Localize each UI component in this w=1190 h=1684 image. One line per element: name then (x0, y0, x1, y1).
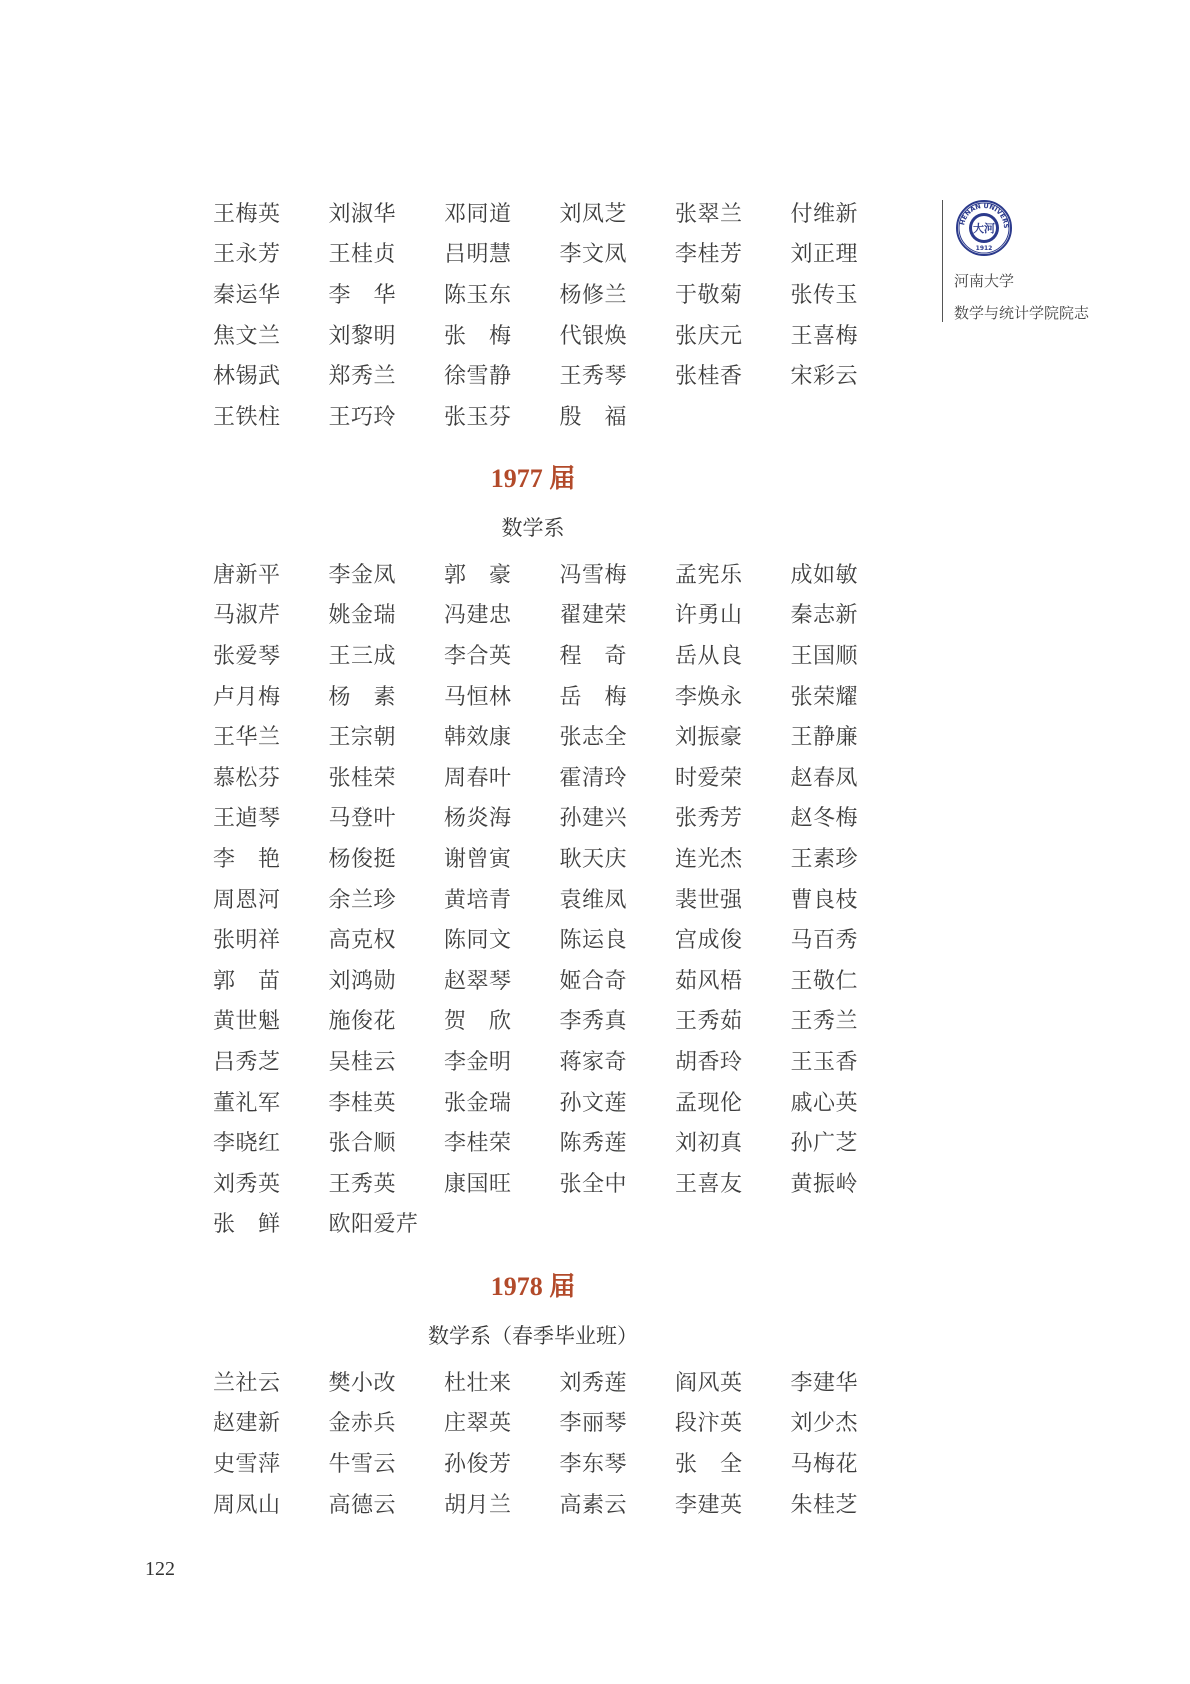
person-name: 岳从良 (675, 639, 791, 670)
person-name: 刘鸿勋 (329, 964, 445, 995)
person-name: 朱桂芝 (791, 1488, 907, 1519)
person-name: 牛雪云 (329, 1447, 445, 1478)
person-name: 张荣耀 (791, 680, 907, 711)
person-name: 张秀芳 (675, 801, 791, 832)
person-name: 孙俊芳 (444, 1447, 560, 1478)
page-number: 122 (145, 1558, 175, 1581)
name-row: 兰社云樊小改杜壮来刘秀莲阎风英李建华 (213, 1361, 913, 1402)
person-name: 李文凤 (560, 237, 676, 268)
person-name: 郭 豪 (444, 558, 560, 589)
class-1977-department: 数学系 (0, 512, 1066, 542)
person-name: 慕松芬 (213, 761, 329, 792)
person-name: 李合英 (444, 639, 560, 670)
person-name: 董礼军 (213, 1086, 329, 1117)
person-name: 茹风梧 (675, 964, 791, 995)
person-name: 代银焕 (560, 319, 676, 350)
henan-university-seal-icon: 大河 HENAN UNIVERSITY 1912 (956, 200, 1012, 256)
name-row: 刘秀英王秀英康国旺张全中王喜友黄振岭 (213, 1162, 913, 1203)
person-name: 殷 福 (560, 400, 676, 431)
person-name: 张玉芬 (444, 400, 560, 431)
person-name: 刘秀英 (213, 1167, 329, 1198)
person-name: 郭 苗 (213, 964, 329, 995)
name-row: 张爱琴王三成李合英程 奇岳从良王国顺 (213, 634, 913, 675)
person-name: 李金明 (444, 1045, 560, 1076)
person-name: 付维新 (791, 197, 907, 228)
person-name: 王三成 (329, 639, 445, 670)
person-name: 刘凤芝 (560, 197, 676, 228)
person-name: 周凤山 (213, 1488, 329, 1519)
person-name: 程 奇 (560, 639, 676, 670)
name-row: 慕松芬张桂荣周春叶霍清玲时爱荣赵春凤 (213, 756, 913, 797)
name-row: 王永芳王桂贞吕明慧李文凤李桂芳刘正理 (213, 233, 913, 274)
person-name: 张 梅 (444, 319, 560, 350)
person-name: 许勇山 (675, 598, 791, 629)
person-name: 王秀兰 (791, 1004, 907, 1035)
person-name: 黄世魁 (213, 1004, 329, 1035)
person-name: 王秀英 (329, 1167, 445, 1198)
name-row: 唐新平李金凤郭 豪冯雪梅孟宪乐成如敏 (213, 553, 913, 594)
person-name: 杜壮来 (444, 1366, 560, 1397)
person-name: 林锡武 (213, 359, 329, 390)
name-row: 周恩河余兰珍黄培青袁维凤裴世强曹良枝 (213, 878, 913, 919)
person-name: 秦运华 (213, 278, 329, 309)
name-row: 林锡武郑秀兰徐雪静王秀琴张桂香宋彩云 (213, 354, 913, 395)
person-name: 王宗朝 (329, 720, 445, 751)
person-name: 刘初真 (675, 1126, 791, 1157)
person-name: 戚心英 (791, 1086, 907, 1117)
name-row: 郭 苗刘鸿勋赵翠琴姬合奇茹风梧王敬仁 (213, 959, 913, 1000)
person-name: 杨俊挺 (329, 842, 445, 873)
person-name: 王桂贞 (329, 237, 445, 268)
class-1978-department: 数学系（春季毕业班） (0, 1320, 1066, 1350)
person-name: 张志全 (560, 720, 676, 751)
person-name: 李桂英 (329, 1086, 445, 1117)
person-name: 王玉香 (791, 1045, 907, 1076)
person-name: 康国旺 (444, 1167, 560, 1198)
person-name: 韩效康 (444, 720, 560, 751)
person-name: 马登叶 (329, 801, 445, 832)
person-name: 王敬仁 (791, 964, 907, 995)
college-annals-title: 数学与统计学院院志 (954, 302, 1089, 323)
person-name: 曹良枝 (791, 883, 907, 914)
name-row: 卢月梅杨 素马恒林岳 梅李焕永张荣耀 (213, 675, 913, 716)
person-name: 王素珍 (791, 842, 907, 873)
person-name: 孙建兴 (560, 801, 676, 832)
svg-text:大河: 大河 (973, 221, 995, 235)
name-row: 李晓红张合顺李桂荣陈秀莲刘初真孙广芝 (213, 1121, 913, 1162)
person-name: 高德云 (329, 1488, 445, 1519)
person-name: 袁维凤 (560, 883, 676, 914)
person-name: 吕明慧 (444, 237, 560, 268)
person-name: 樊小改 (329, 1366, 445, 1397)
person-name: 张桂香 (675, 359, 791, 390)
person-name: 王巧玲 (329, 400, 445, 431)
person-name: 王国顺 (791, 639, 907, 670)
person-name: 吴桂云 (329, 1045, 445, 1076)
person-name: 张 全 (675, 1447, 791, 1478)
person-name: 欧阳爱芹 (329, 1207, 445, 1238)
continued-name-list: 王梅英刘淑华邓同道刘凤芝张翠兰付维新王永芳王桂贞吕明慧李文凤李桂芳刘正理秦运华李… (213, 192, 913, 436)
person-name: 王秀琴 (560, 359, 676, 390)
person-name: 王华兰 (213, 720, 329, 751)
name-row: 王华兰王宗朝韩效康张志全刘振豪王静廉 (213, 715, 913, 756)
person-name: 王铁柱 (213, 400, 329, 431)
person-name: 姚金瑞 (329, 598, 445, 629)
person-name: 马淑芹 (213, 598, 329, 629)
person-name: 陈玉东 (444, 278, 560, 309)
person-name: 张翠兰 (675, 197, 791, 228)
name-row: 秦运华李 华陈玉东杨修兰于敬菊张传玉 (213, 273, 913, 314)
person-name: 胡香玲 (675, 1045, 791, 1076)
person-name: 杨炎海 (444, 801, 560, 832)
svg-text:1912: 1912 (976, 245, 993, 252)
person-name: 张传玉 (791, 278, 907, 309)
class-1977-title: 1977 届 (0, 458, 1066, 495)
person-name: 黄培青 (444, 883, 560, 914)
person-name: 李丽琴 (560, 1406, 676, 1437)
person-name: 张爱琴 (213, 639, 329, 670)
person-name: 余兰珍 (329, 883, 445, 914)
class-1978-title: 1978 届 (0, 1266, 1066, 1303)
person-name: 马百秀 (791, 923, 907, 954)
name-row: 黄世魁施俊花贺 欣李秀真王秀茹王秀兰 (213, 1000, 913, 1041)
person-name: 张金瑞 (444, 1086, 560, 1117)
person-name: 焦文兰 (213, 319, 329, 350)
person-name: 李东琴 (560, 1447, 676, 1478)
person-name: 陈同文 (444, 923, 560, 954)
person-name: 时爱荣 (675, 761, 791, 792)
person-name: 宋彩云 (791, 359, 907, 390)
person-name: 翟建荣 (560, 598, 676, 629)
person-name: 阎风英 (675, 1366, 791, 1397)
person-name: 孙广芝 (791, 1126, 907, 1157)
person-name: 周恩河 (213, 883, 329, 914)
person-name: 李焕永 (675, 680, 791, 711)
person-name: 王逌琴 (213, 801, 329, 832)
person-name: 李晓红 (213, 1126, 329, 1157)
person-name: 卢月梅 (213, 680, 329, 711)
person-name: 赵翠琴 (444, 964, 560, 995)
person-name: 施俊花 (329, 1004, 445, 1035)
person-name: 孙文莲 (560, 1086, 676, 1117)
person-name: 赵建新 (213, 1406, 329, 1437)
person-name: 杨 素 (329, 680, 445, 711)
person-name: 王永芳 (213, 237, 329, 268)
person-name: 裴世强 (675, 883, 791, 914)
person-name: 张桂荣 (329, 761, 445, 792)
person-name: 连光杰 (675, 842, 791, 873)
name-row: 董礼军李桂英张金瑞孙文莲孟现伦戚心英 (213, 1081, 913, 1122)
person-name: 岳 梅 (560, 680, 676, 711)
sidebar-divider (942, 200, 943, 322)
person-name: 张明祥 (213, 923, 329, 954)
person-name: 高素云 (560, 1488, 676, 1519)
name-row: 吕秀芝吴桂云李金明蒋家奇胡香玲王玉香 (213, 1040, 913, 1081)
name-row: 张 鲜欧阳爱芹 (213, 1203, 913, 1244)
name-row: 王梅英刘淑华邓同道刘凤芝张翠兰付维新 (213, 192, 913, 233)
person-name: 霍清玲 (560, 761, 676, 792)
person-name: 吕秀芝 (213, 1045, 329, 1076)
person-name: 刘正理 (791, 237, 907, 268)
person-name: 马梅花 (791, 1447, 907, 1478)
class-1978-name-list: 兰社云樊小改杜壮来刘秀莲阎风英李建华赵建新金赤兵庄翠英李丽琴段汴英刘少杰史雪萍牛… (213, 1361, 913, 1523)
person-name: 刘少杰 (791, 1406, 907, 1437)
person-name: 郑秀兰 (329, 359, 445, 390)
person-name: 唐新平 (213, 558, 329, 589)
person-name: 张 鲜 (213, 1207, 329, 1238)
person-name: 贺 欣 (444, 1004, 560, 1035)
person-name: 陈秀莲 (560, 1126, 676, 1157)
name-row: 王铁柱王巧玲张玉芬殷 福 (213, 395, 913, 436)
person-name: 冯雪梅 (560, 558, 676, 589)
person-name: 王秀茹 (675, 1004, 791, 1035)
person-name: 李建英 (675, 1488, 791, 1519)
person-name: 姬合奇 (560, 964, 676, 995)
person-name: 李秀真 (560, 1004, 676, 1035)
university-name: 河南大学 (954, 270, 1014, 291)
person-name: 胡月兰 (444, 1488, 560, 1519)
person-name: 马恒林 (444, 680, 560, 711)
name-row: 李 艳杨俊挺谢曾寅耿天庆连光杰王素珍 (213, 837, 913, 878)
person-name: 刘黎明 (329, 319, 445, 350)
person-name: 王静廉 (791, 720, 907, 751)
person-name: 段汴英 (675, 1406, 791, 1437)
name-row: 王逌琴马登叶杨炎海孙建兴张秀芳赵冬梅 (213, 797, 913, 838)
person-name: 孟宪乐 (675, 558, 791, 589)
name-row: 张明祥高克权陈同文陈运良宫成俊马百秀 (213, 918, 913, 959)
person-name: 陈运良 (560, 923, 676, 954)
person-name: 于敬菊 (675, 278, 791, 309)
person-name: 孟现伦 (675, 1086, 791, 1117)
name-row: 焦文兰刘黎明张 梅代银焕张庆元王喜梅 (213, 314, 913, 355)
name-row: 周凤山高德云胡月兰高素云李建英朱桂芝 (213, 1483, 913, 1524)
person-name: 刘振豪 (675, 720, 791, 751)
person-name: 王梅英 (213, 197, 329, 228)
name-row: 史雪萍牛雪云孙俊芳李东琴张 全马梅花 (213, 1442, 913, 1483)
person-name: 王喜梅 (791, 319, 907, 350)
person-name: 宫成俊 (675, 923, 791, 954)
person-name: 赵冬梅 (791, 801, 907, 832)
person-name: 张庆元 (675, 319, 791, 350)
class-1977-name-list: 唐新平李金凤郭 豪冯雪梅孟宪乐成如敏马淑芹姚金瑞冯建忠翟建荣许勇山秦志新张爱琴王… (213, 553, 913, 1243)
person-name: 黄振岭 (791, 1167, 907, 1198)
person-name: 刘淑华 (329, 197, 445, 228)
person-name: 史雪萍 (213, 1447, 329, 1478)
person-name: 蒋家奇 (560, 1045, 676, 1076)
person-name: 兰社云 (213, 1366, 329, 1397)
person-name: 庄翠英 (444, 1406, 560, 1437)
person-name: 李金凤 (329, 558, 445, 589)
name-row: 马淑芹姚金瑞冯建忠翟建荣许勇山秦志新 (213, 594, 913, 635)
person-name: 秦志新 (791, 598, 907, 629)
person-name: 李 华 (329, 278, 445, 309)
person-name: 周春叶 (444, 761, 560, 792)
person-name: 徐雪静 (444, 359, 560, 390)
person-name: 赵春凤 (791, 761, 907, 792)
person-name: 张合顺 (329, 1126, 445, 1157)
person-name: 金赤兵 (329, 1406, 445, 1437)
person-name: 谢曾寅 (444, 842, 560, 873)
person-name: 高克权 (329, 923, 445, 954)
person-name: 张全中 (560, 1167, 676, 1198)
person-name: 杨修兰 (560, 278, 676, 309)
person-name: 刘秀莲 (560, 1366, 676, 1397)
person-name: 成如敏 (791, 558, 907, 589)
person-name: 冯建忠 (444, 598, 560, 629)
person-name: 李桂荣 (444, 1126, 560, 1157)
person-name: 耿天庆 (560, 842, 676, 873)
person-name: 王喜友 (675, 1167, 791, 1198)
person-name: 李 艳 (213, 842, 329, 873)
person-name: 李建华 (791, 1366, 907, 1397)
person-name: 邓同道 (444, 197, 560, 228)
name-row: 赵建新金赤兵庄翠英李丽琴段汴英刘少杰 (213, 1402, 913, 1443)
person-name: 李桂芳 (675, 237, 791, 268)
